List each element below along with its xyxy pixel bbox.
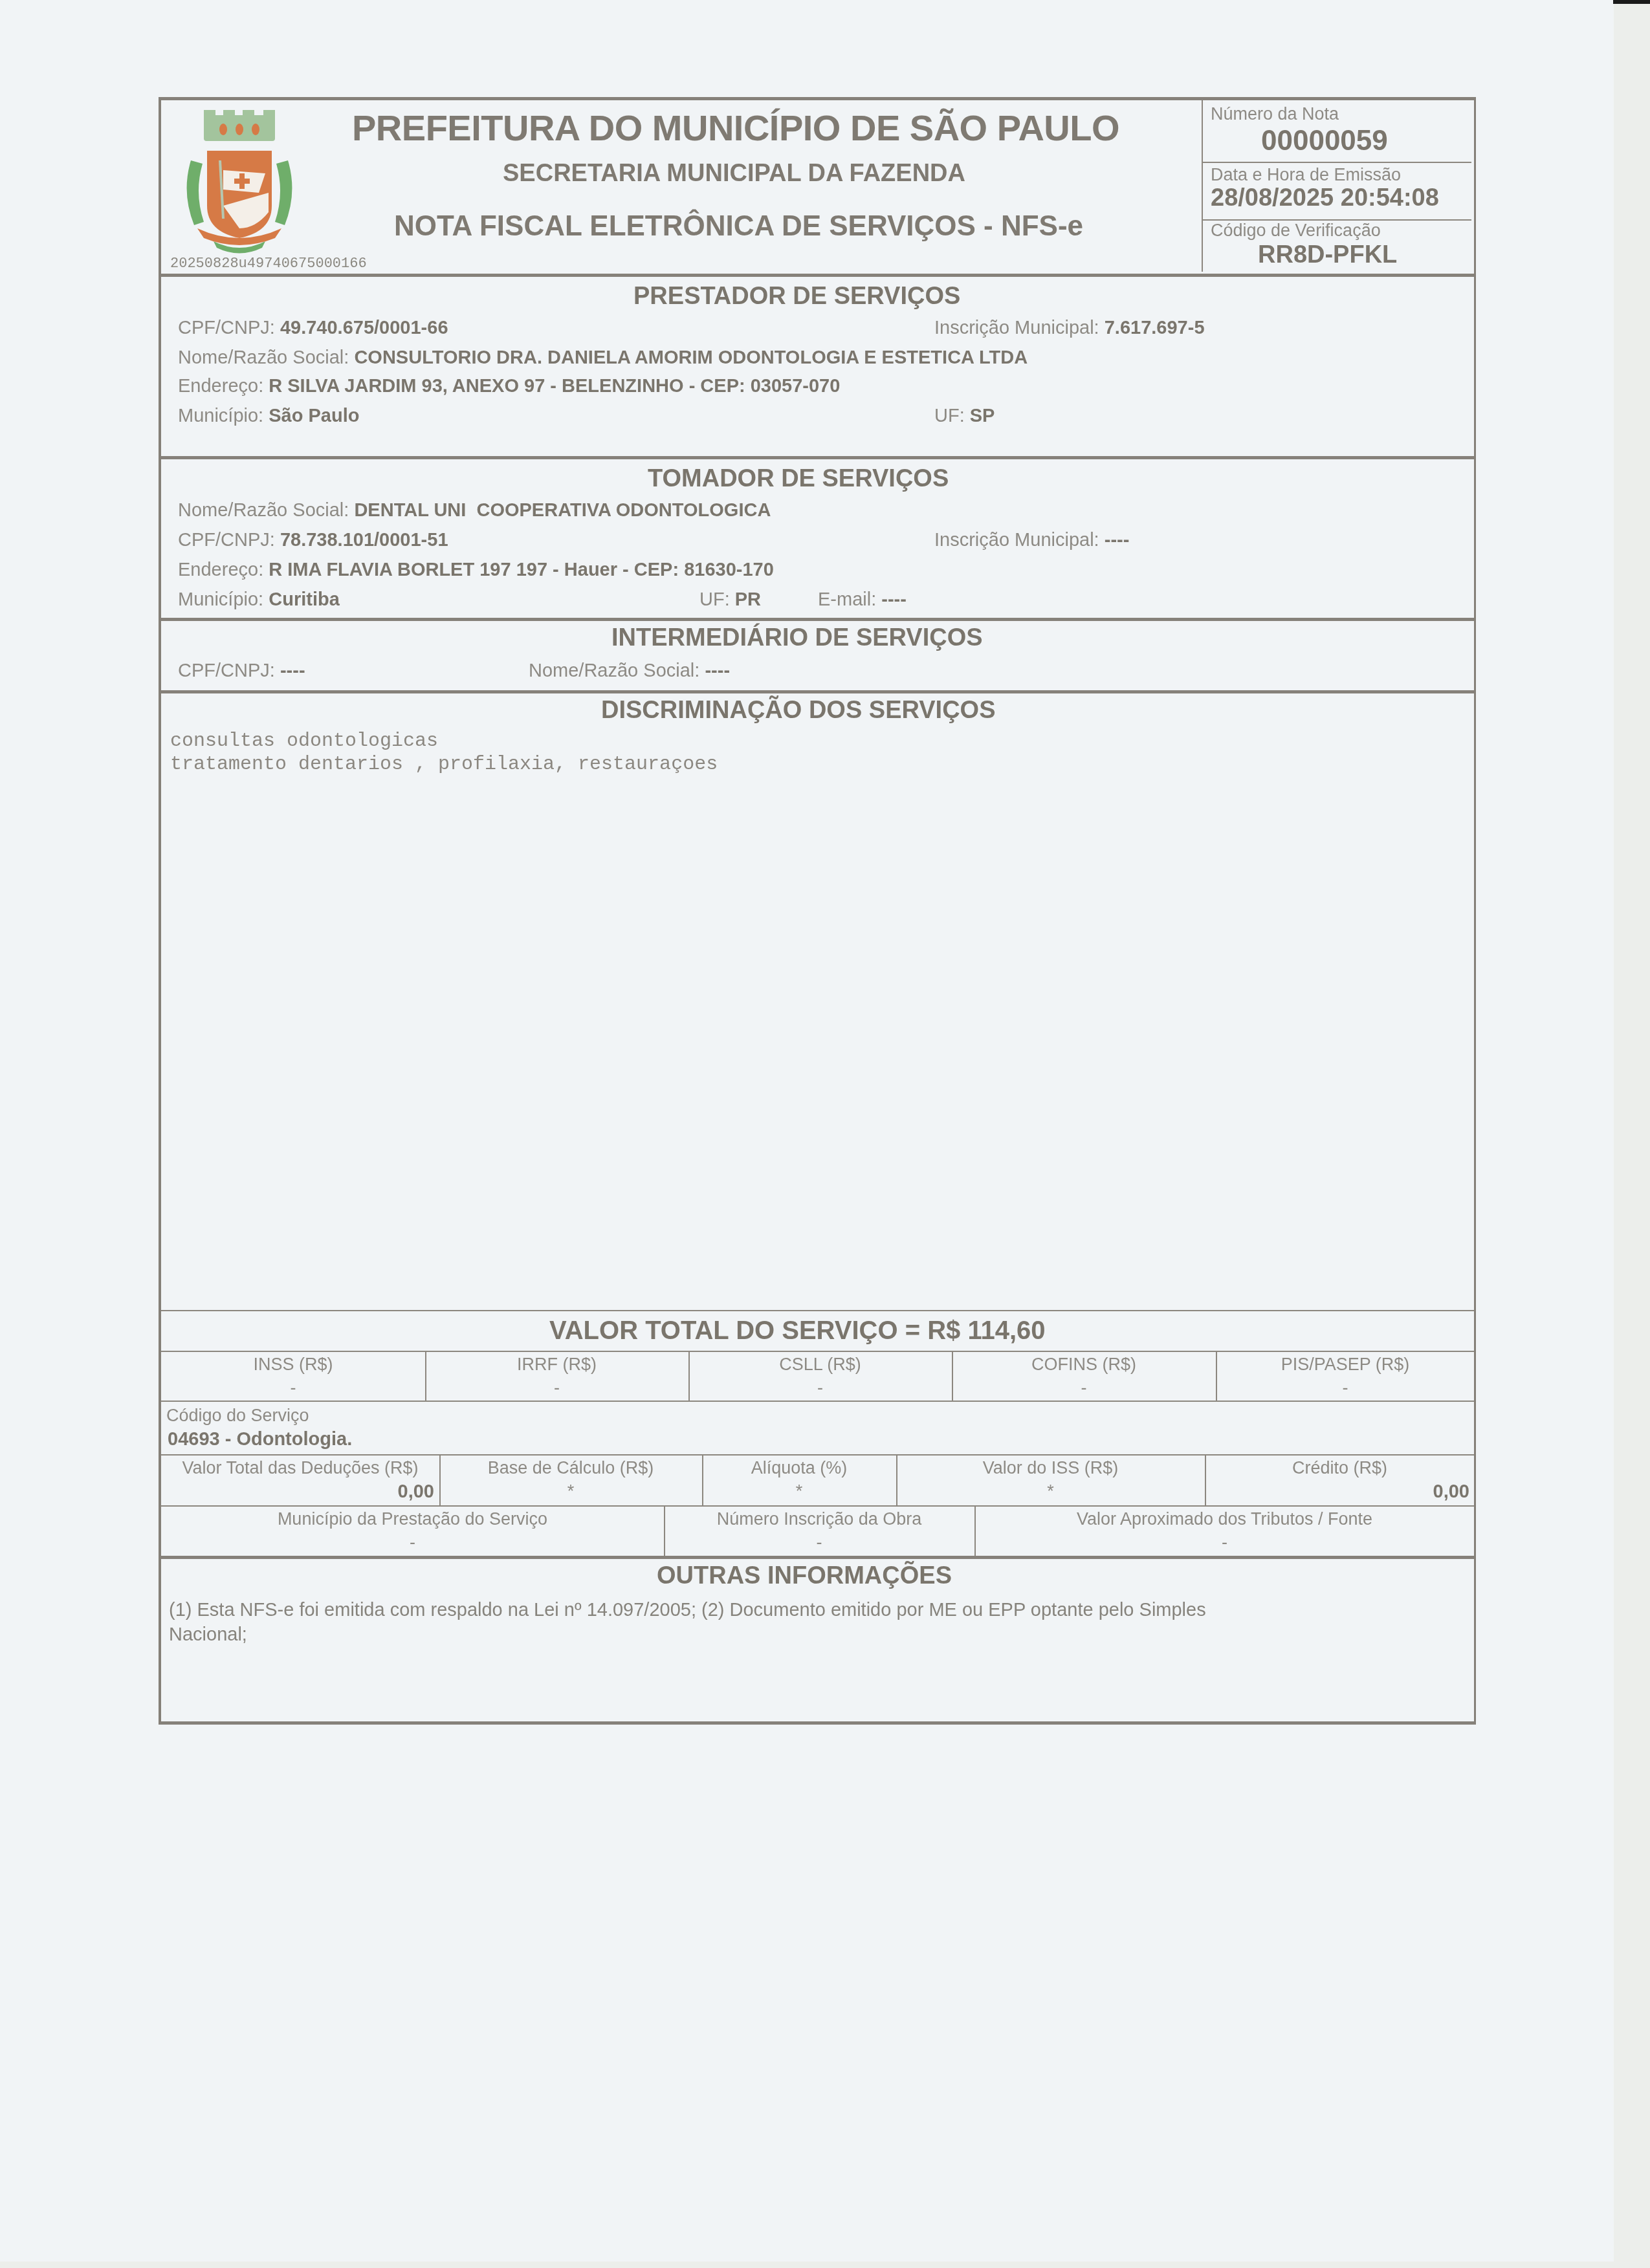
calculo-label: Valor do ISS (R$) (896, 1458, 1205, 1478)
prestador-municipio: São Paulo (269, 406, 359, 426)
discriminacao-line: consultas odontologicas (170, 730, 438, 752)
numero-nota-label: Número da Nota (1211, 104, 1339, 124)
tomador-municipio: Curitiba (269, 589, 340, 610)
prefeitura-title: PREFEITURA DO MUNICÍPIO DE SÃO PAULO (352, 107, 1119, 149)
tomador-inscricao-row: Inscrição Municipal: ---- (934, 530, 1129, 551)
tributo-value: - (161, 1378, 425, 1398)
tributo-label: IRRF (R$) (425, 1355, 688, 1375)
discriminacao-title: DISCRIMINAÇÃO DOS SERVIÇOS (601, 697, 995, 725)
tributo-value: - (1216, 1378, 1475, 1398)
tomador-email: ---- (881, 589, 907, 610)
prestacao-value: - (664, 1532, 974, 1553)
prestador-inscricao: 7.617.697-5 (1105, 318, 1205, 338)
prestador-cnpj-row: CPF/CNPJ: 49.740.675/0001-66 (178, 318, 448, 339)
valor-total: VALOR TOTAL DO SERVIÇO = R$ 114,60 (549, 1316, 1046, 1346)
tomador-title: TOMADOR DE SERVIÇOS (648, 465, 949, 493)
tributo-label: PIS/PASEP (R$) (1216, 1355, 1475, 1375)
codigo-verificacao-label: Código de Verificação (1211, 221, 1381, 241)
header-box-divider (1202, 100, 1203, 272)
intermediario-title: INTERMEDIÁRIO DE SERVIÇOS (611, 624, 983, 652)
document-type-title: NOTA FISCAL ELETRÔNICA DE SERVIÇOS - NFS… (394, 210, 1083, 243)
tomador-nome: DENTAL UNI COOPERATIVA ODONTOLOGICA (354, 500, 771, 521)
intermediario-nome-row: Nome/Razão Social: ---- (529, 660, 730, 682)
prestacao-label: Valor Aproximado dos Tributos / Fonte (974, 1509, 1475, 1529)
codigo-verificacao: RR8D-PFKL (1258, 241, 1397, 269)
tributo-value: - (688, 1378, 952, 1398)
numero-nota: 00000059 (1261, 125, 1388, 157)
prestador-title: PRESTADOR DE SERVIÇOS (633, 283, 960, 311)
prestacao-label: Número Inscrição da Obra (664, 1509, 974, 1529)
tributo-label: CSLL (R$) (688, 1355, 952, 1375)
secretaria-subtitle: SECRETARIA MUNICIPAL DA FAZENDA (503, 160, 965, 188)
calculo-label: Crédito (R$) (1205, 1458, 1475, 1478)
prestador-nome-row: Nome/Razão Social: CONSULTORIO DRA. DANI… (178, 347, 1028, 369)
data-emissao-label: Data e Hora de Emissão (1211, 165, 1401, 185)
prestador-endereco-row: Endereço: R SILVA JARDIM 93, ANEXO 97 - … (178, 376, 840, 397)
tributo-value: - (425, 1378, 688, 1398)
tomador-uf: PR (735, 589, 761, 610)
calculo-label: Base de Cálculo (R$) (439, 1458, 702, 1478)
intermediario-cnpj-row: CPF/CNPJ: ---- (178, 660, 305, 682)
nfse-document-frame: PREFEITURA DO MUNICÍPIO DE SÃO PAULO SEC… (159, 97, 1476, 1725)
scanner-edge (1613, 0, 1650, 4)
tomador-municipio-row: Município: Curitiba (178, 589, 340, 611)
prestador-nome: CONSULTORIO DRA. DANIELA AMORIM ODONTOLO… (354, 347, 1028, 368)
tomador-endereco: R IMA FLAVIA BORLET 197 197 - Hauer - CE… (269, 560, 774, 580)
barcode-text: 20250828u49740675000166 (170, 256, 367, 272)
tributo-value: - (952, 1378, 1216, 1398)
calculo-value: 0,00 (161, 1481, 434, 1503)
outras-informacoes-line: Nacional; (169, 1624, 247, 1646)
prestador-uf-row: UF: SP (934, 406, 995, 427)
calculo-value: * (702, 1481, 896, 1501)
prestador-inscricao-row: Inscrição Municipal: 7.617.697-5 (934, 318, 1205, 339)
tomador-cnpj: 78.738.101/0001-51 (280, 530, 448, 551)
tomador-inscricao: ---- (1105, 530, 1130, 551)
calculo-label: Valor Total das Deduções (R$) (161, 1458, 439, 1478)
codigo-servico: 04693 - Odontologia. (168, 1429, 352, 1450)
intermediario-nome: ---- (705, 660, 730, 681)
calculo-label: Alíquota (%) (702, 1458, 896, 1478)
prestador-municipio-row: Município: São Paulo (178, 406, 359, 427)
prestador-cnpj: 49.740.675/0001-66 (280, 318, 448, 338)
outras-informacoes-title: OUTRAS INFORMAÇÕES (657, 1562, 952, 1590)
calculo-value: * (439, 1481, 702, 1501)
calculo-value: 0,00 (1205, 1481, 1469, 1503)
data-emissao: 28/08/2025 20:54:08 (1211, 184, 1439, 212)
tomador-email-row: E-mail: ---- (818, 589, 907, 611)
discriminacao-line: tratamento dentarios , profilaxia, resta… (170, 754, 718, 776)
outras-informacoes-line: (1) Esta NFS-e foi emitida com respaldo … (169, 1600, 1206, 1621)
prestacao-label: Município da Prestação do Serviço (161, 1509, 664, 1529)
calculo-value: * (896, 1481, 1205, 1501)
tomador-cnpj-row: CPF/CNPJ: 78.738.101/0001-51 (178, 530, 448, 551)
tomador-uf-row: UF: PR (699, 589, 761, 611)
tomador-nome-row: Nome/Razão Social: DENTAL UNI COOPERATIV… (178, 500, 771, 521)
prestador-uf: SP (970, 406, 995, 426)
tributo-label: COFINS (R$) (952, 1355, 1216, 1375)
prestacao-value: - (161, 1532, 664, 1553)
tributo-label: INSS (R$) (161, 1355, 425, 1375)
prestador-endereco: R SILVA JARDIM 93, ANEXO 97 - BELENZINHO… (269, 376, 840, 397)
tomador-endereco-row: Endereço: R IMA FLAVIA BORLET 197 197 - … (178, 560, 774, 581)
prestacao-value: - (974, 1532, 1475, 1553)
intermediario-cnpj: ---- (280, 660, 305, 681)
codigo-servico-label: Código do Serviço (166, 1406, 309, 1426)
